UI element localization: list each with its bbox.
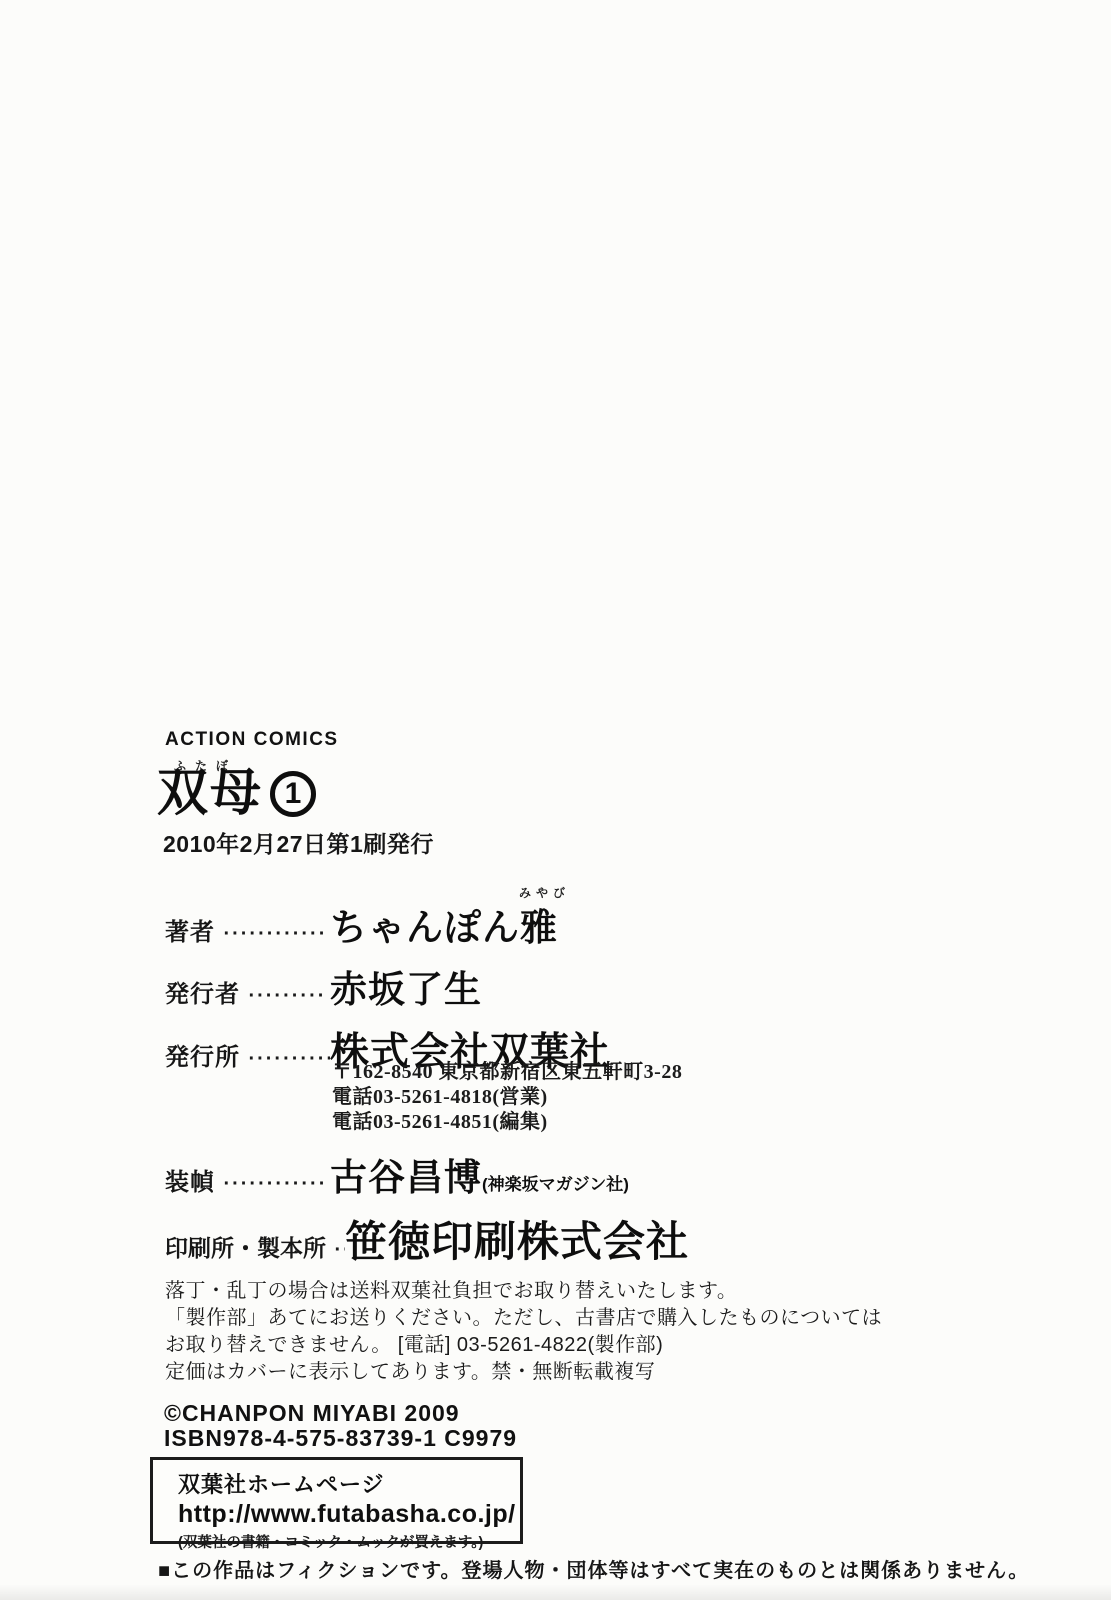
credit-row-author: 著者 ············ ちゃんぽん雅 みやび (165, 897, 558, 951)
credit-label-cell: 発行所 ·········· (165, 1037, 330, 1072)
designer-name-text: 古谷昌博 (330, 1157, 482, 1198)
credit-label-cell: 装幀 ············ (165, 1162, 330, 1197)
isbn-code: ISBN978-4-575-83739-1 C9979 (164, 1425, 517, 1452)
designer-name: 古谷昌博(神楽坂マガジン社) (330, 1147, 629, 1201)
credit-row-book-design: 装幀 ············ 古谷昌博(神楽坂マガジン社) (165, 1147, 629, 1201)
credit-row-printer: 印刷所・製本所 ·· 笹徳印刷株式会社 (165, 1209, 689, 1269)
homepage-box-note: (双葉社の書籍・コミック・ムックが買えます。) (178, 1531, 520, 1552)
dot-leader: ·········· (248, 1048, 330, 1070)
credit-label: 印刷所・製本所 (165, 1235, 326, 1261)
credit-label: 発行所 (165, 1044, 240, 1071)
notice-line: 定価はカバーに表示してあります。禁・無断転載複写 (165, 1359, 882, 1386)
print-date: 2010年2月27日第1刷発行 (163, 826, 434, 859)
credit-label: 著者 (165, 919, 215, 946)
notice-line: 落丁・乱丁の場合は送料双葉社負担でお取り替えいたします。 (165, 1278, 882, 1305)
publisher-phone-sales: 電話03-5261-4818(営業) (332, 1085, 682, 1110)
credit-label-cell: 印刷所・製本所 ·· (165, 1230, 345, 1263)
publisher-person-name: 赤坂了生 (330, 959, 482, 1013)
dot-leader: ············ (223, 923, 327, 945)
page-bottom-shadow (0, 1584, 1111, 1600)
book-title: 双母 (157, 766, 263, 820)
credit-row-publisher-person: 発行者 ········· 赤坂了生 (165, 959, 482, 1013)
credit-label-cell: 発行者 ········· (165, 974, 330, 1009)
author-name-text: ちゃんぽん雅 (330, 907, 558, 948)
replacement-notice: 落丁・乱丁の場合は送料双葉社負担でお取り替えいたします。 「製作部」あてにお送り… (165, 1278, 882, 1386)
publisher-phone-editorial: 電話03-5261-4851(編集) (332, 1110, 682, 1135)
notice-line: お取り替えできません。 [電話] 03-5261-4822(製作部) (165, 1332, 882, 1359)
dot-leader: ············ (223, 1173, 327, 1195)
dot-leader: ········· (248, 985, 326, 1007)
homepage-box-title: 双葉社ホームページ (178, 1468, 520, 1499)
dot-leader: ·· (334, 1239, 345, 1261)
colophon-page: ACTION COMICS ふたぼ 双母 1 2010年2月27日第1刷発行 著… (0, 0, 1111, 1600)
designer-affiliation: (神楽坂マガジン社) (482, 1175, 629, 1194)
publisher-homepage-box: 双葉社ホームページ http://www.futabasha.co.jp/ (双… (150, 1457, 523, 1544)
notice-line: 「製作部」あてにお送りください。ただし、古書店で購入したものについては (165, 1305, 882, 1332)
author-furigana: みやび (519, 884, 570, 901)
credit-label: 装幀 (165, 1169, 215, 1196)
credit-label: 発行者 (165, 981, 240, 1008)
author-name: ちゃんぽん雅 みやび (330, 897, 558, 951)
publisher-url: http://www.futabasha.co.jp/ (178, 1500, 520, 1529)
credit-label-cell: 著者 ············ (165, 912, 330, 947)
publisher-address: 〒162-8540 東京都新宿区東五軒町3-28 (332, 1060, 682, 1085)
publisher-address-block: 〒162-8540 東京都新宿区東五軒町3-28 電話03-5261-4818(… (332, 1060, 682, 1135)
volume-number-icon: 1 (270, 771, 316, 817)
printer-name: 笹徳印刷株式会社 (345, 1209, 689, 1269)
copyright-notice: ©CHANPON MIYABI 2009 (164, 1400, 460, 1427)
fiction-disclaimer: ■この作品はフィクションです。登場人物・団体等はすべて実在のものとは関係ありませ… (158, 1554, 1029, 1583)
imprint-label: ACTION COMICS (165, 729, 339, 751)
book-title-line: 双母 1 (157, 766, 316, 820)
